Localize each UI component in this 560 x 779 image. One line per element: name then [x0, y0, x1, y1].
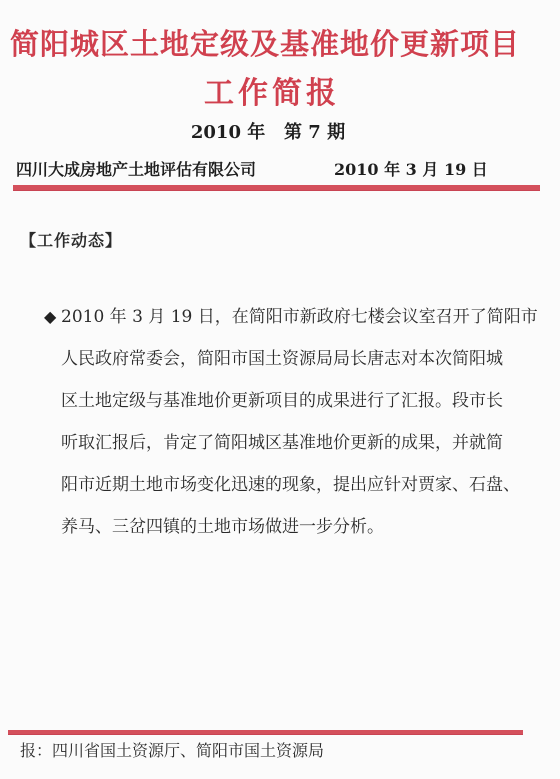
paragraph-line: 2010 年 3 月 19 日，在简阳市新政府七楼会议室召开了简阳市 [61, 296, 501, 338]
issue-number: 2010 年 第 7 期 [0, 118, 536, 144]
document-subtitle: 工作简报 [0, 68, 544, 112]
header-divider [13, 185, 540, 191]
document-title: 简阳城区土地定级及基准地价更新项目 [0, 22, 530, 63]
news-paragraph: 2010 年 3 月 19 日，在简阳市新政府七楼会议室召开了简阳市 人民政府常… [61, 296, 501, 548]
paragraph-line: 人民政府常委会，简阳市国土资源局局长唐志对本次简阳城 [61, 338, 501, 380]
paragraph-line: 听取汇报后，肯定了简阳城区基准地价更新的成果，并就简 [61, 422, 501, 464]
diamond-bullet-icon: ◆ [44, 296, 56, 338]
section-heading: 【工作动态】 [20, 228, 122, 251]
report-recipients: 报：四川省国土资源厅、简阳市国土资源局 [20, 738, 324, 761]
paragraph-line: 区土地定级与基准地价更新项目的成果进行了汇报。段市长 [61, 380, 501, 422]
publication-date: 2010 年 3 月 19 日 [334, 157, 488, 180]
paragraph-line: 养马、三岔四镇的土地市场做进一步分析。 [61, 506, 501, 548]
publisher-name: 四川大成房地产土地评估有限公司 [16, 157, 256, 180]
footer-divider [8, 730, 523, 735]
paragraph-line: 阳市近期土地市场变化迅速的现象，提出应针对贾家、石盘、 [61, 464, 501, 506]
